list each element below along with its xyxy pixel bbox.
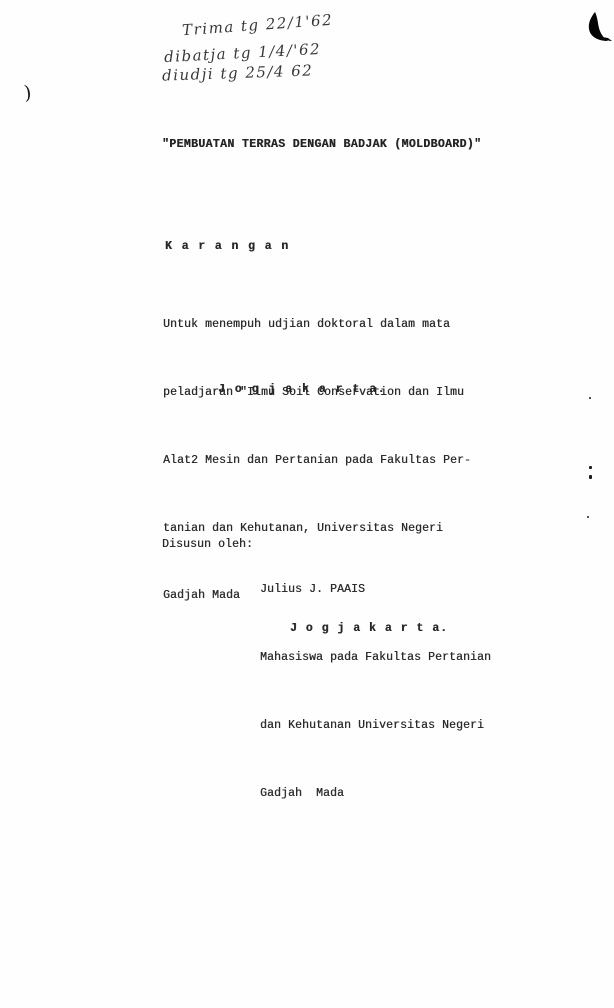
author-block: Julius J. PAAIS Mahasiswa pada Fakultas … <box>260 534 491 850</box>
scan-speck <box>589 397 591 399</box>
page-title: "PEMBUATAN TERRAS DENGAN BADJAK (MOLDBOA… <box>162 134 481 157</box>
scan-speck <box>587 516 589 518</box>
compiled-by-label: Disusun oleh: <box>162 534 253 557</box>
scan-speck <box>589 466 592 469</box>
scanned-title-page: Trima tg 22/1'62 dibatja tg 1/4/'62 diud… <box>0 0 614 1008</box>
author-affiliation-line: Mahasiswa pada Fakultas Pertanian <box>260 647 491 670</box>
ink-smudge-icon <box>577 6 614 51</box>
handwritten-note-line: diudji tg 25/4 62 <box>162 61 314 84</box>
handwritten-note-line: Trima tg 22/1'62 <box>182 11 334 40</box>
author-affiliation-line: dan Kehutanan Universitas Negeri <box>260 715 491 738</box>
city-line-jogjakarta: J o g j a k a r t a. <box>290 618 448 641</box>
paragraph-line: Untuk menempuh udjian doktoral dalam mat… <box>163 314 471 337</box>
left-margin-pen-mark: ) <box>23 82 33 105</box>
author-affiliation-line: Gadjah Mada <box>260 783 491 806</box>
author-name: Julius J. PAAIS <box>260 579 491 602</box>
paragraph-line: Alat2 Mesin dan Pertanian pada Fakultas … <box>163 450 471 473</box>
scan-speck <box>589 475 592 479</box>
section-heading-karangan: K a r a n g a n <box>165 236 290 259</box>
city-line-jogjakarta: J o g j a k a r t a. <box>218 379 386 402</box>
